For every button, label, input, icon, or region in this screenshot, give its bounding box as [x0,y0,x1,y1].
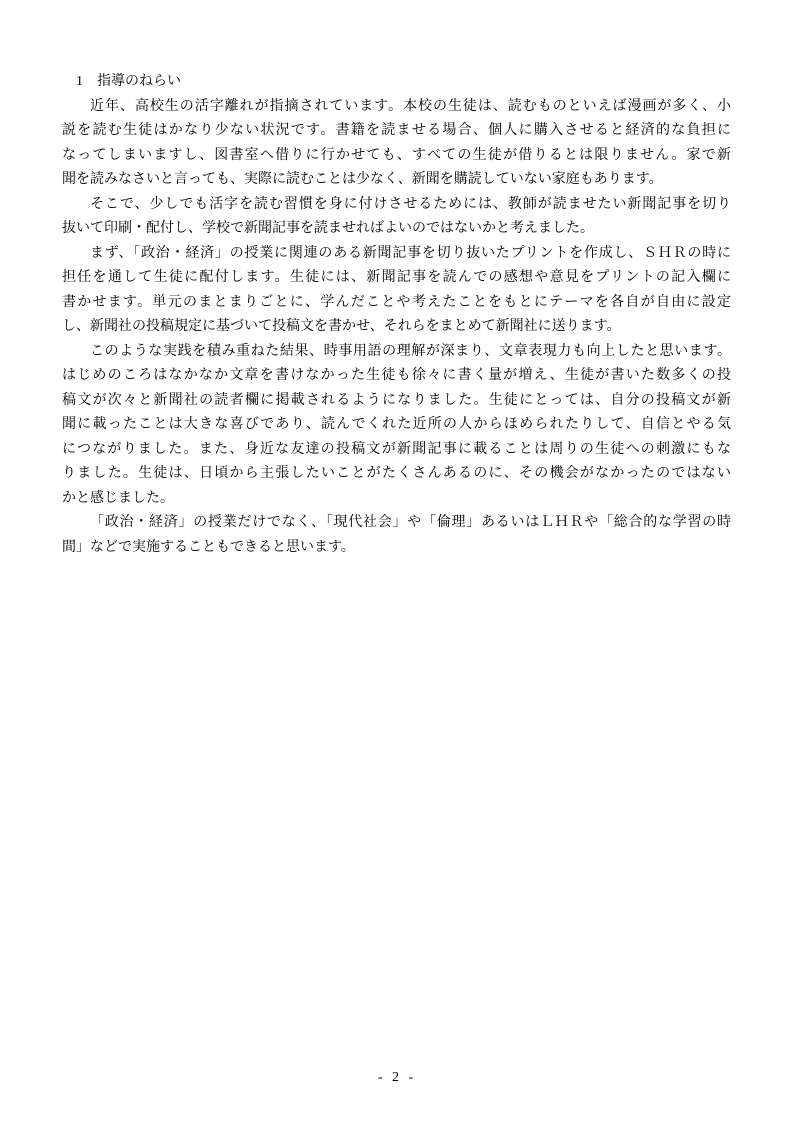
paragraph: 近年、高校生の活字離れが指摘されています。本校の生徒は、読むものといえば漫画が多… [62,95,731,193]
text-line: 聞を読みなさいと言っても、実際に読むことは少なく、新聞を購読していない家庭もあり… [62,168,731,193]
text-line: 説を読む生徒はかなり少ない状況です。書籍を読ませる場合、個人に購入させると経済的… [62,119,731,144]
text-line: そこで、少しでも活字を読む習慣を身に付けさせるためには、教師が読ませたい新聞記事… [62,193,731,218]
text-line: かと感じました。 [62,487,731,512]
text-line: 近年、高校生の活字離れが指摘されています。本校の生徒は、読むものといえば漫画が多… [62,95,731,120]
text-line: このような実践を積み重ねた結果、時事用語の理解が深まり、文章表現力も向上したと思… [62,340,731,365]
text-line: 稿文が次々と新聞社の読者欄に掲載されるようになりました。生徒にとっては、自分の投… [62,389,731,414]
document-page: 1 指導のねらい 近年、高校生の活字離れが指摘されています。本校の生徒は、読むも… [0,0,794,1123]
page-number: - 2 - [0,1066,794,1091]
paragraph: そこで、少しでも活字を読む習慣を身に付けさせるためには、教師が読ませたい新聞記事… [62,193,731,242]
section-heading: 1 指導のねらい [62,70,731,95]
text-line: 抜いて印刷・配付し、学校で新聞記事を読ませればよいのではないかと考えました。 [62,217,731,242]
text-line: なってしまいますし、図書室へ借りに行かせても、すべての生徒が借りるとは限りません… [62,144,731,169]
text-line: につながりました。また、身近な友達の投稿文が新聞記事に載ることは周りの生徒への刺… [62,438,731,463]
text-line: し、新聞社の投稿規定に基づいて投稿文を書かせ、それらをまとめて新聞社に送ります。 [62,315,731,340]
text-line: 間」などで実施することもできると思います。 [62,536,731,561]
text-line: 担任を通して生徒に配付します。生徒には、新聞記事を読んでの感想や意見をプリントの… [62,266,731,291]
text-line: はじめのころはなかなか文章を書けなかった生徒も徐々に書く量が増え、生徒が書いた数… [62,364,731,389]
text-line: まず、「政治・経済」の授業に関連のある新聞記事を切り抜いたプリントを作成し、ＳＨ… [62,242,731,267]
text-line: りました。生徒は、日頃から主張したいことがたくさんあるのに、その機会がなかったの… [62,462,731,487]
paragraph: まず、「政治・経済」の授業に関連のある新聞記事を切り抜いたプリントを作成し、ＳＨ… [62,242,731,340]
paragraph: 「政治・経済」の授業だけでなく、「現代社会」や「倫理」あるいはＬＨＲや「総合的な… [62,511,731,560]
text-line: 「政治・経済」の授業だけでなく、「現代社会」や「倫理」あるいはＬＨＲや「総合的な… [62,511,731,536]
text-line: 書かせます。単元のまとまりごとに、学んだことや考えたことをもとにテーマを各自が自… [62,291,731,316]
text-line: 聞に載ったことは大きな喜びであり、読んでくれた近所の人からほめられたりして、自信… [62,413,731,438]
paragraph: このような実践を積み重ねた結果、時事用語の理解が深まり、文章表現力も向上したと思… [62,340,731,512]
document-body: 1 指導のねらい 近年、高校生の活字離れが指摘されています。本校の生徒は、読むも… [62,70,731,560]
